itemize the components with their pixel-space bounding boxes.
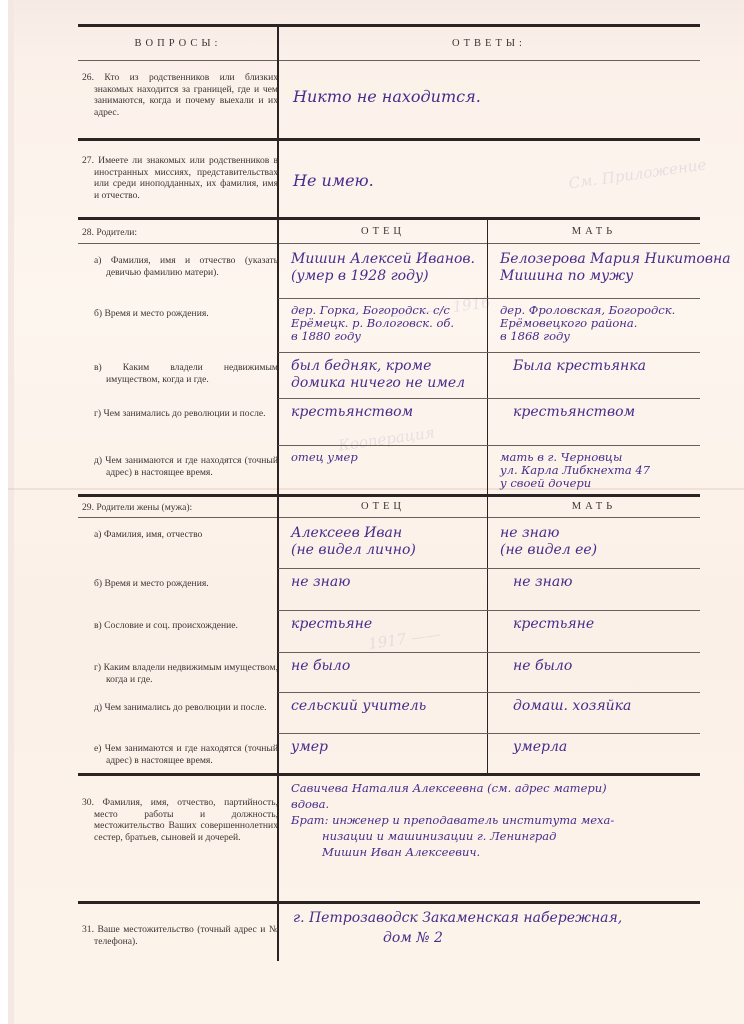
row-rule	[278, 733, 700, 734]
row-rule	[78, 773, 700, 776]
q28-question-1: б) Время и место рождения.	[94, 308, 278, 320]
answer-27: Не имею.	[293, 172, 374, 189]
q28-father-answer: был бедняк, кроме	[291, 358, 431, 375]
answer-31-line: дом № 2	[383, 930, 443, 947]
q28-father-answer: домика ничего не имел	[291, 375, 465, 392]
q28-question-0: а) Фамилия, имя и отчество (указать деви…	[94, 255, 278, 278]
paper-fold	[8, 488, 744, 490]
row-rule	[78, 517, 700, 518]
row-rule	[278, 298, 700, 299]
q29-father-header: ОТЕЦ	[278, 501, 488, 512]
row-rule	[278, 568, 700, 569]
question-27: 27. Имеете ли знакомых или родственников…	[82, 155, 278, 201]
q28-mother-answer: Белозерова Мария Никитовна	[500, 251, 731, 268]
q29-question-2: в) Сословие и соц. происхождение.	[94, 620, 278, 632]
q29-question-3: г) Каким владели недвижимым имуществом, …	[94, 662, 278, 685]
q29-father-answer: Алексеев Иван	[291, 525, 402, 542]
question-30: 30. Фамилия, имя, отчество, партийность,…	[82, 797, 278, 843]
q28-mother-answer: крестьянством	[513, 404, 635, 421]
q29-mother-answer: не знаю	[513, 574, 573, 591]
row-rule	[278, 692, 700, 693]
q28-father-answer: отец умер	[291, 451, 358, 464]
q28-mother-answer: в 1868 году	[500, 330, 570, 343]
q29-question-1: б) Время и место рождения.	[94, 578, 278, 590]
row-rule	[278, 352, 700, 353]
top-rule	[78, 24, 700, 27]
row-rule	[278, 610, 700, 611]
q28-father-header: ОТЕЦ	[278, 226, 488, 237]
q29-mother-answer: (не видел ее)	[500, 542, 597, 559]
q29-question-4: д) Чем занимались до революции и после.	[94, 702, 278, 714]
q29-question-5: е) Чем занимаются и где находятся (точны…	[94, 743, 278, 766]
column-divider	[487, 218, 488, 496]
answer-30-line: Савичева Наталия Алексеевна (см. адрес м…	[291, 782, 607, 795]
q28-father-answer: (умер в 1928 году)	[291, 268, 429, 285]
q29-question-0: а) Фамилия, имя, отчество	[94, 529, 278, 541]
answer-30-line: низации и машинизации г. Ленинград	[322, 830, 556, 843]
answer-30-line: вдова.	[291, 798, 329, 811]
row-rule	[78, 243, 700, 244]
q28-father-answer: Мишин Алексей Иванов.	[291, 251, 475, 268]
row-rule	[78, 217, 700, 220]
row-rule	[278, 445, 700, 446]
questions-header: ВОПРОСЫ:	[78, 38, 278, 49]
q29-mother-header: МАТЬ	[488, 501, 700, 512]
question-28-title: 28. Родители:	[82, 227, 272, 239]
q28-mother-header: МАТЬ	[488, 226, 700, 237]
q29-mother-answer: не знаю	[500, 525, 560, 542]
q29-father-answer: не знаю	[291, 574, 351, 591]
q28-question-4: д) Чем занимаются и где находятся (точны…	[94, 455, 278, 478]
q28-mother-answer: Мишина по мужу	[500, 268, 633, 285]
answers-header: ОТВЕТЫ:	[278, 38, 700, 49]
row-rule	[78, 494, 700, 497]
answer-31-line: г. Петрозаводск Закаменская набережная,	[293, 910, 622, 927]
question-31: 31. Ваше местожительство (точный адрес и…	[82, 924, 278, 947]
answer-30-line: Мишин Иван Алексеевич.	[322, 846, 480, 859]
row-rule	[78, 138, 700, 141]
q28-question-3: г) Чем занимались до революции и после.	[94, 408, 278, 420]
q29-father-answer: крестьяне	[291, 616, 372, 633]
header-rule	[78, 60, 700, 61]
q28-father-answer: в 1880 году	[291, 330, 361, 343]
question-26: 26. Кто из родственников или близких зна…	[82, 72, 278, 118]
q29-father-answer: умер	[291, 739, 328, 756]
bleed-through-text: 1917 ——	[367, 625, 442, 653]
row-rule	[278, 652, 700, 653]
q28-mother-answer: Была крестьянка	[513, 358, 646, 375]
row-rule	[78, 901, 700, 904]
q29-mother-answer: крестьяне	[513, 616, 594, 633]
q29-mother-answer: не было	[513, 658, 572, 675]
q29-father-answer: сельский учитель	[291, 698, 426, 715]
q29-father-answer: не было	[291, 658, 350, 675]
q28-question-2: в) Каким владели недвижимым имуществом, …	[94, 362, 278, 385]
answer-30-line: Брат: инженер и преподаватель института …	[291, 814, 614, 827]
answer-26: Никто не находится.	[293, 88, 481, 105]
bleed-through-text: См. Приложение	[567, 155, 707, 192]
row-rule	[278, 398, 700, 399]
q29-mother-answer: домаш. хозяйка	[513, 698, 631, 715]
q29-father-answer: (не видел лично)	[291, 542, 416, 559]
questionnaire-page: См. Приложение ———— 1916 Кооперация 1917…	[8, 0, 744, 1024]
question-29-title: 29. Родители жены (мужа):	[82, 502, 272, 514]
q28-father-answer: крестьянством	[291, 404, 413, 421]
q29-mother-answer: умерла	[513, 739, 567, 756]
q28-mother-answer: у своей дочери	[500, 477, 591, 490]
